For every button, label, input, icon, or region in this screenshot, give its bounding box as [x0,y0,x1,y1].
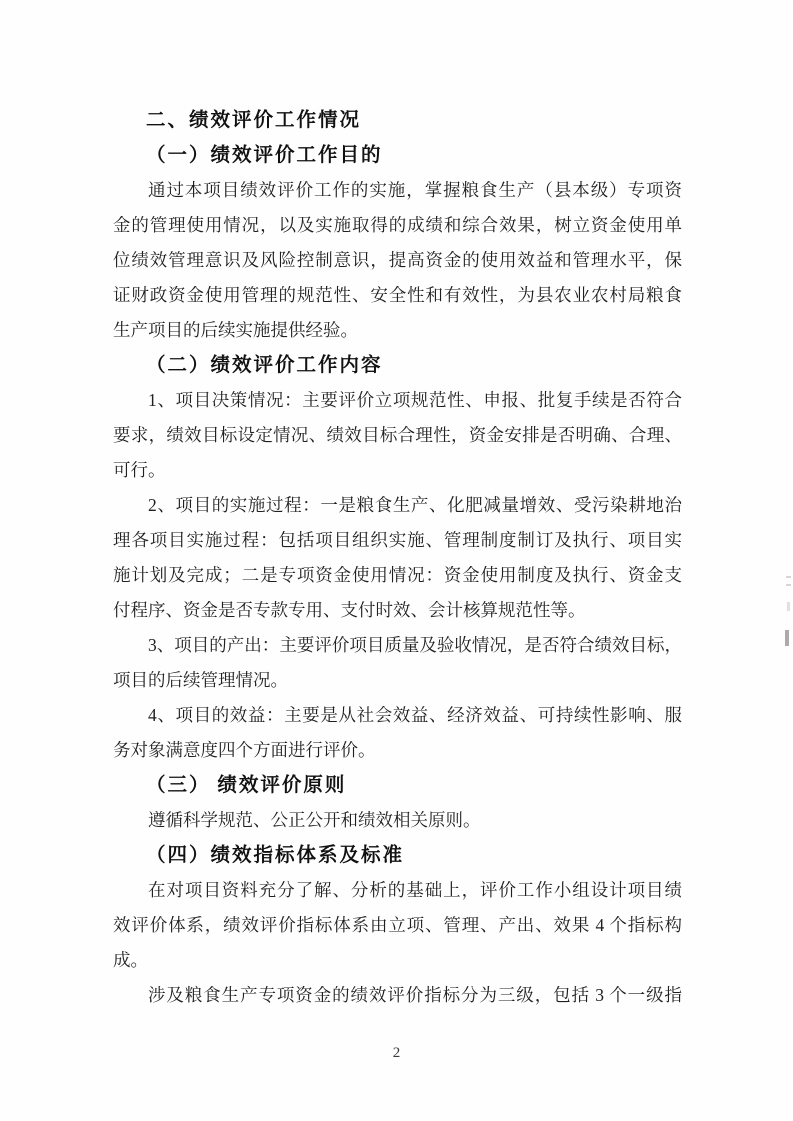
paragraph: 1、项目决策情况：主要评价立项规范性、申报、批复手续是否符合要求，绩效目标设定情… [113,383,682,488]
document-body: 二、绩效评价工作情况（一）绩效评价工作目的通过本项目绩效评价工作的实施，掌握粮食… [113,103,682,1013]
text-line: 2、项目的实施过程：一是粮食生产、化肥减量增效、受污染耕地治 [113,488,682,523]
text-line: 遵循科学规范、公正公开和绩效相关原则。 [113,803,682,838]
paragraph: 通过本项目绩效评价工作的实施，掌握粮食生产（县本级）专项资金的管理使用情况，以及… [113,173,682,348]
text-line: 通过本项目绩效评价工作的实施，掌握粮食生产（县本级）专项资 [113,173,682,208]
paragraph: 涉及粮食生产专项资金的绩效评价指标分为三级，包括 3 个一级指 [113,978,682,1013]
text-line: 要求，绩效目标设定情况、绩效目标合理性，资金安排是否明确、合理、 [113,418,682,453]
text-line: 涉及粮食生产专项资金的绩效评价指标分为三级，包括 3 个一级指 [113,978,682,1013]
text-line: 位绩效管理意识及风险控制意识，提高资金的使用效益和管理水平，保 [113,243,682,278]
section-heading: （三） 绩效评价原则 [113,768,682,803]
scan-artifact-mark [786,584,791,586]
section-heading: 二、绩效评价工作情况 [113,103,682,138]
paragraph: 4、项目的效益：主要是从社会效益、经济效益、可持续性影响、服务对象满意度四个方面… [113,698,682,768]
paragraph: 在对项目资料充分了解、分析的基础上，评价工作小组设计项目绩效评价体系，绩效评价指… [113,873,682,978]
text-line: 3、项目的产出：主要评价项目质量及验收情况，是否符合绩效目标， [113,628,682,663]
text-line: 效评价体系，绩效评价指标体系由立项、管理、产出、效果 4 个指标构 [113,908,682,943]
text-line: 在对项目资料充分了解、分析的基础上，评价工作小组设计项目绩 [113,873,682,908]
text-line: 理各项目实施过程：包括项目组织实施、管理制度制订及执行、项目实 [113,523,682,558]
paragraph: 2、项目的实施过程：一是粮食生产、化肥减量增效、受污染耕地治理各项目实施过程：包… [113,488,682,628]
scan-artifact-mark [785,630,789,646]
paragraph: 3、项目的产出：主要评价项目质量及验收情况，是否符合绩效目标，项目的后续管理情况… [113,628,682,698]
text-line: 金的管理使用情况，以及实施取得的成绩和综合效果，树立资金使用单 [113,208,682,243]
text-line: 施计划及完成；二是专项资金使用情况：资金使用制度及执行、资金支 [113,558,682,593]
text-line: 1、项目决策情况：主要评价立项规范性、申报、批复手续是否符合 [113,383,682,418]
scan-artifact-mark [786,576,791,578]
text-line: 4、项目的效益：主要是从社会效益、经济效益、可持续性影响、服 [113,698,682,733]
text-line: 生产项目的后续实施提供经验。 [113,313,682,348]
section-heading: （四）绩效指标体系及标准 [113,838,682,873]
text-line: 成。 [113,943,682,978]
page-number: 2 [0,1045,793,1062]
document-page: 二、绩效评价工作情况（一）绩效评价工作目的通过本项目绩效评价工作的实施，掌握粮食… [0,0,793,1121]
text-line: 项目的后续管理情况。 [113,663,682,698]
text-line: 付程序、资金是否专款专用、支付时效、会计核算规范性等。 [113,593,682,628]
section-heading: （二）绩效评价工作内容 [113,348,682,383]
text-line: 务对象满意度四个方面进行评价。 [113,733,682,768]
section-heading: （一）绩效评价工作目的 [113,138,682,173]
text-line: 证财政资金使用管理的规范性、安全性和有效性，为县农业农村局粮食 [113,278,682,313]
scan-artifact-mark [787,602,790,611]
paragraph: 遵循科学规范、公正公开和绩效相关原则。 [113,803,682,838]
text-line: 可行。 [113,453,682,488]
